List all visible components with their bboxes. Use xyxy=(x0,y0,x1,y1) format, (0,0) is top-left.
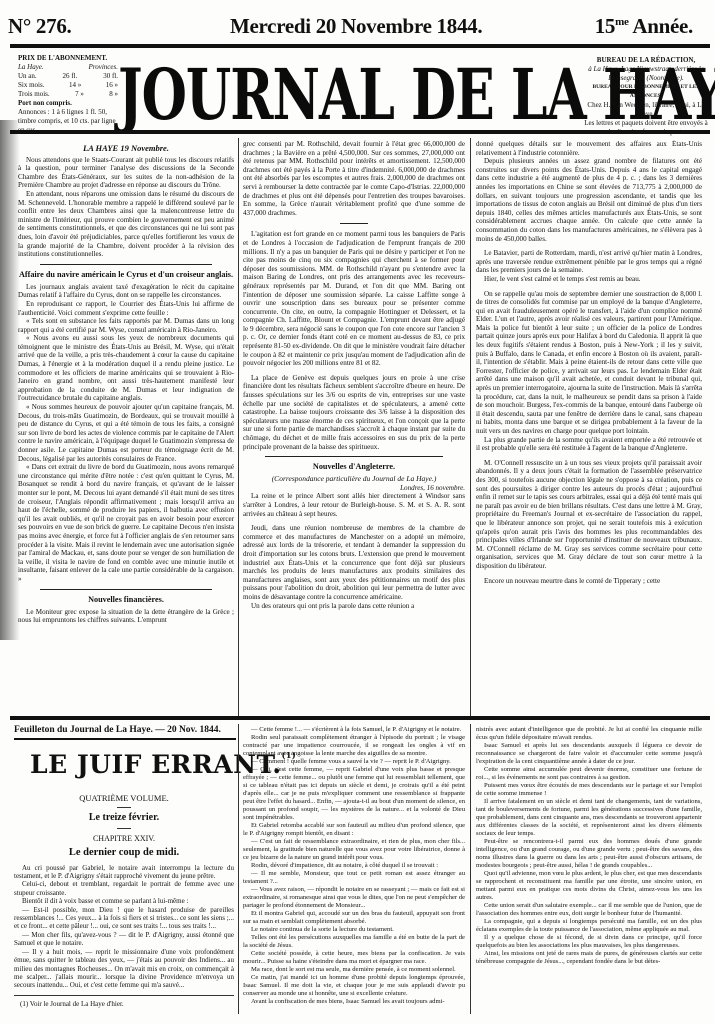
feuilleton-column-1: QUATRIÈME VOLUME. Le treize février. CHA… xyxy=(14,790,234,990)
newspaper-page: N° 276. Mercredi 20 Novembre 1844. 15me … xyxy=(0,0,715,1024)
footnote: (1) Voir le Journal de La Haye d'hier. xyxy=(20,1000,124,1008)
price-row: Un an.26 fl.30 fl. xyxy=(18,72,118,81)
masthead-bottom-rule xyxy=(10,130,710,134)
feuilleton-top-rule xyxy=(10,716,710,720)
article-heading-financieres: Nouvelles financières. xyxy=(18,595,234,605)
column-1: LA HAYE 19 Novembre. Nous attendons que … xyxy=(18,140,234,625)
article-heading-cyrus: Affaire du navire américain le Cyrus et … xyxy=(18,270,234,280)
dateline-la-haye: LA HAYE 19 Novembre. xyxy=(18,144,234,153)
price-row: Trois mois.7 »8 » xyxy=(18,90,118,99)
column-divider xyxy=(238,138,239,718)
subscription-box: PRIX DE L'ABONNEMENT. La Haye.Provinces.… xyxy=(18,54,118,135)
column-divider xyxy=(470,724,471,1014)
issue-date: Mercredi 20 Novembre 1844. xyxy=(230,14,482,39)
subscription-heading: PRIX DE L'ABONNEMENT. xyxy=(18,54,118,63)
dateline-bar: N° 276. Mercredi 20 Novembre 1844. 15me … xyxy=(0,14,715,40)
feuilleton-header: Feuilleton du Journal de La Haye. — 20 N… xyxy=(14,725,221,735)
column-divider xyxy=(470,138,471,718)
masthead: PRIX DE L'ABONNEMENT. La Haye.Provinces.… xyxy=(0,46,715,131)
feuilleton-column-2: — Cette femme !... — s'écrièrent à la fo… xyxy=(243,726,465,1006)
column-divider xyxy=(238,724,239,1014)
bureau-box: BUREAU DE LA RÉDACTION, à La Haye, Lage … xyxy=(582,56,710,137)
price-row: Six mois.14 »16 » xyxy=(18,81,118,90)
binding-shadow xyxy=(0,120,20,640)
article-heading-angleterre: Nouvelles d'Angleterre. xyxy=(243,462,465,472)
issue-number: N° 276. xyxy=(8,14,71,39)
newspaper-title: JOURNAL DE LA HAYE. xyxy=(118,54,576,136)
column-3: donné quelques détails sur le mouvement … xyxy=(476,140,702,585)
year-of-publication: 15me Année. xyxy=(595,14,693,39)
column-2: grec consenti par M. Rothschild, devait … xyxy=(243,140,465,610)
feuilleton-header-rule xyxy=(14,738,236,740)
feuilleton-column-3: nistrés avec autant d'intelligence que d… xyxy=(476,726,702,966)
